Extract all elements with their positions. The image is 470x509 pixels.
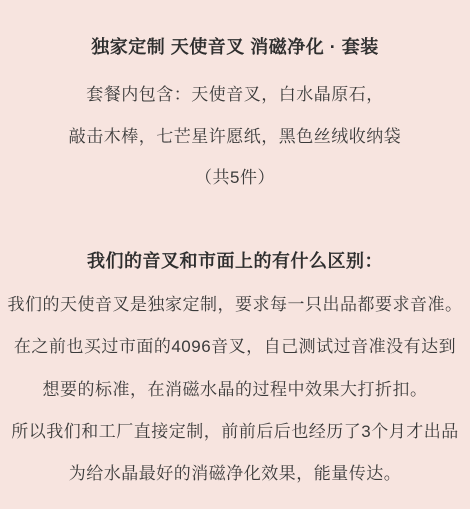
package-item-count: （共5件） [0, 167, 470, 189]
comparison-line-5: 为给水晶最好的消磁净化效果，能量传达。 [0, 463, 470, 485]
product-description-panel: 独家定制 天使音叉 消磁净化 · 套装 套餐内包含：天使音叉，白水晶原石， 敲击… [0, 0, 470, 509]
comparison-line-2: 在之前也买过市面的4096音叉，自己测试过音准没有达到 [0, 336, 470, 358]
package-contents-line-1: 套餐内包含：天使音叉，白水晶原石， [0, 84, 470, 106]
comparison-heading: 我们的音叉和市面上的有什么区别： [0, 250, 470, 272]
package-contents-line-2: 敲击木棒，七芒星许愿纸，黑色丝绒收纳袋 [0, 126, 470, 148]
comparison-line-4: 所以我们和工厂直接定制，前前后后也经历了3个月才出品 [0, 421, 470, 443]
comparison-line-1: 我们的天使音叉是独家定制，要求每一只出品都要求音准。 [0, 294, 470, 316]
product-title: 独家定制 天使音叉 消磁净化 · 套装 [0, 36, 470, 58]
comparison-line-3: 想要的标准，在消磁水晶的过程中效果大打折扣。 [0, 379, 470, 401]
